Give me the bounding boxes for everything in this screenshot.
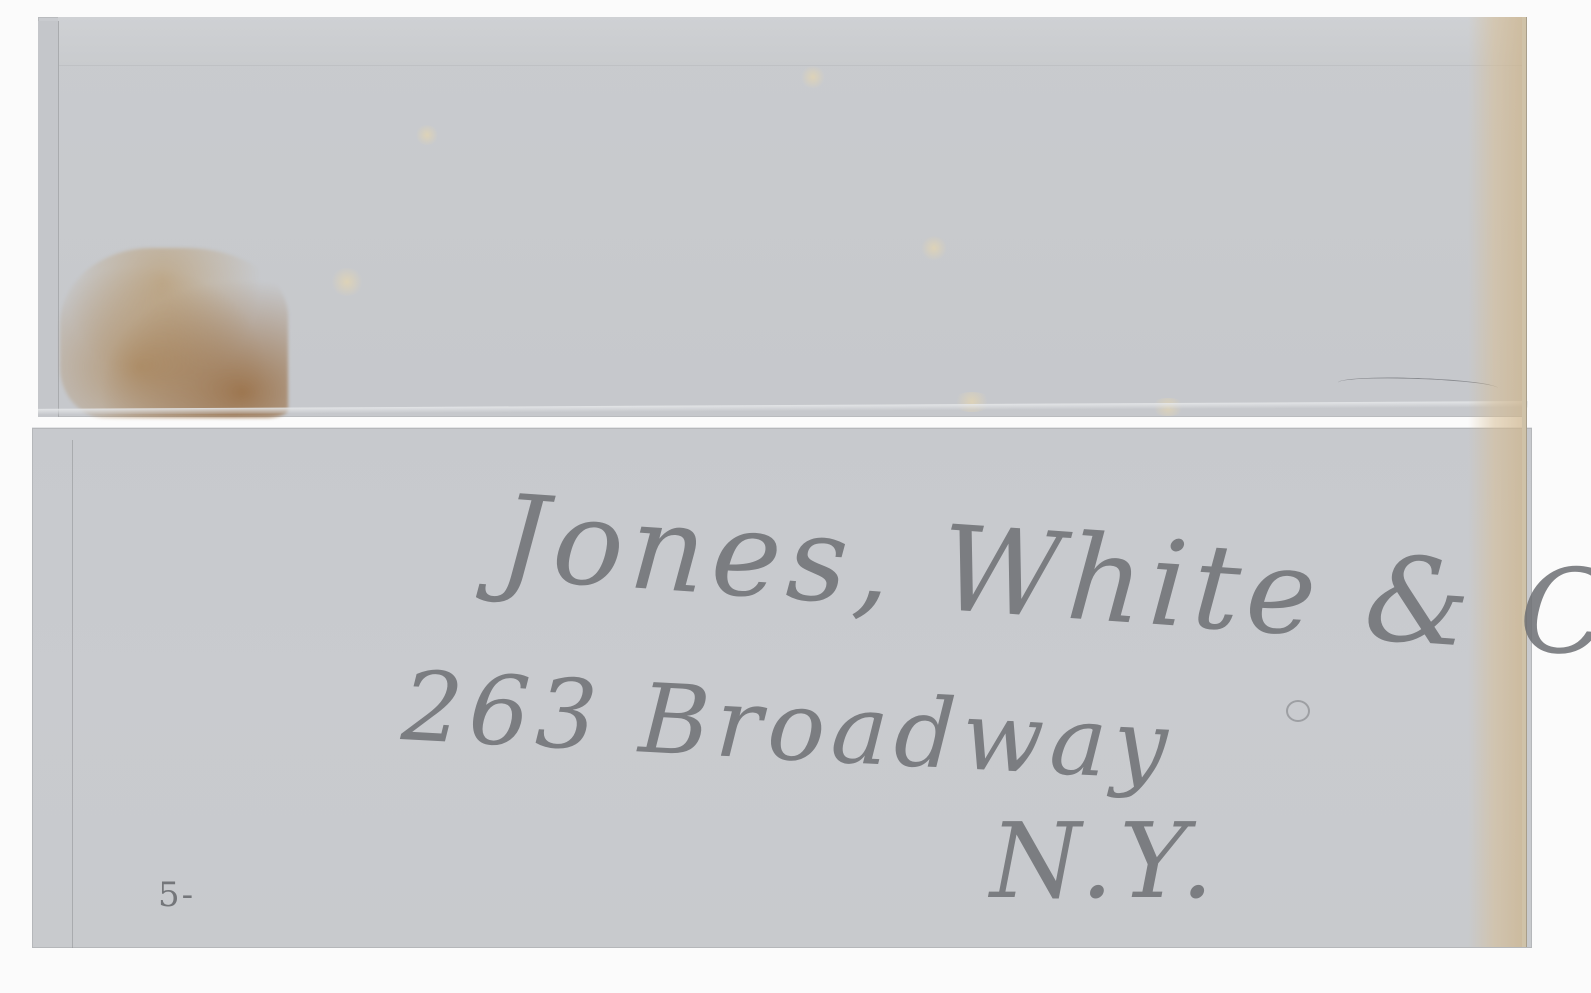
foxing-spot bbox=[920, 236, 948, 260]
right-edge bbox=[1522, 17, 1527, 947]
top-fold-strip bbox=[58, 17, 1526, 66]
docket-note: 5- bbox=[158, 875, 195, 915]
foxing-spot bbox=[800, 66, 826, 88]
inner-fold-line bbox=[72, 440, 73, 948]
foxing-spot bbox=[415, 125, 439, 145]
water-stain bbox=[60, 248, 288, 418]
address-line-3: N.Y. bbox=[990, 800, 1220, 922]
pinhole-mark bbox=[1286, 700, 1310, 722]
yellowed-edge bbox=[1468, 17, 1526, 947]
left-edge-fold bbox=[38, 21, 59, 417]
foxing-spot bbox=[330, 268, 364, 296]
scanned-document: Jones, White & Co 263 Broadway N.Y. 5- bbox=[0, 0, 1591, 993]
